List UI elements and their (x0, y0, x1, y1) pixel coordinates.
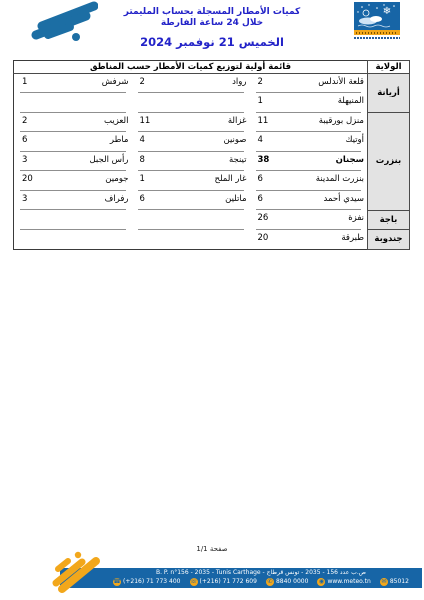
rain-value: 6 (258, 174, 263, 184)
station-name: المنيهلة (338, 96, 364, 106)
footer-address: B. P. n°156 - 2035 - Tunis Carthage - ص.… (60, 568, 422, 576)
station-cell: رواد2 (132, 74, 250, 94)
station-cell: قلعة الأندلس2 (250, 74, 368, 94)
table-row: سيدي أحمد6ماتلين6رفراف3 (14, 191, 410, 211)
contact-item: ✉85012 (380, 578, 409, 586)
rain-value: 26 (258, 213, 269, 223)
table-row: جندوبةطبرقة20 (14, 230, 410, 250)
report-page: كميات الأمطار المسجلة بحساب المليمتر خلا… (0, 0, 424, 600)
station-name: سجنان (336, 155, 364, 165)
fax-icon: ☏ (190, 578, 198, 586)
rain-value: 3 (22, 155, 27, 165)
station-cell: رفراف3 (14, 191, 132, 211)
station-cell: تينجة8 (132, 152, 250, 172)
contact-text: (+216) 71 773 400 (123, 578, 180, 585)
station-cell: بنزرت المدينة6 (250, 171, 368, 191)
station-cell (14, 93, 132, 113)
station-cell: غار الملح1 (132, 171, 250, 191)
footer-contacts: ☎(+216) 71 773 400☏(+216) 71 772 609✆884… (60, 576, 422, 587)
rainfall-table-container: الولاية قائمة أولية لتوزيع كميات الأمطار… (14, 60, 410, 250)
table-row: بنزرتمنزل بورقيبة11غزالة11العزيب2 (14, 113, 410, 133)
contact-item: ☏(+216) 71 772 609 (190, 578, 257, 586)
station-cell: ماطر6 (14, 132, 132, 152)
sms-icon: ✉ (380, 578, 388, 586)
station-cell: ماتلين6 (132, 191, 250, 211)
station-cell: رأس الجبل3 (14, 152, 132, 172)
station-name: ماطر (110, 135, 129, 145)
station-cell (132, 210, 250, 230)
station-cell: غزالة11 (132, 113, 250, 133)
station-cell (14, 210, 132, 230)
station-cell: نفزة26 (250, 210, 368, 230)
rain-value: 20 (258, 233, 269, 243)
list-title-header: قائمة أولية لتوزيع كميات الأمطار حسب الم… (14, 61, 368, 74)
contact-item: ◉www.meteo.tn (317, 578, 370, 586)
station-name: ماتلين (225, 194, 246, 204)
rain-value: 6 (22, 135, 27, 145)
rain-value: 4 (258, 135, 263, 145)
wilaya-cell: جندوبة (368, 230, 410, 250)
station-name: شرفش (102, 77, 129, 87)
footer-contact-bar: B. P. n°156 - 2035 - Tunis Carthage - ص.… (60, 568, 422, 588)
station-cell: أوتيك4 (250, 132, 368, 152)
station-cell: جومين20 (14, 171, 132, 191)
station-cell: المنيهلة1 (250, 93, 368, 113)
station-name: العزيب (104, 116, 128, 126)
wilaya-cell: بنزرت (368, 113, 410, 211)
station-cell: منزل بورقيبة11 (250, 113, 368, 133)
rain-value: 38 (258, 155, 270, 165)
station-name: جومين (105, 174, 128, 184)
contact-item: ☎(+216) 71 773 400 (113, 578, 180, 586)
wilaya-cell: أريانة (368, 74, 410, 113)
station-name: تينجة (229, 155, 247, 165)
rain-value: 6 (140, 194, 145, 204)
rain-value: 4 (140, 135, 145, 145)
table-row: سجنان38تينجة8رأس الجبل3 (14, 152, 410, 172)
station-cell (132, 230, 250, 250)
station-name: صونين (223, 135, 246, 145)
inm-emblem: ❄ (354, 2, 400, 40)
station-name: نفزة (348, 213, 364, 223)
rain-value: 20 (22, 174, 33, 184)
station-name: غار الملح (214, 174, 246, 184)
footer-stripes-icon (52, 549, 104, 593)
rain-value: 11 (140, 116, 151, 126)
station-name: رواد (232, 77, 246, 87)
contact-text: www.meteo.tn (327, 578, 370, 585)
station-name: طبرقة (341, 233, 364, 243)
station-name: سيدي أحمد (324, 194, 365, 204)
table-row: باجةنفزة26 (14, 210, 410, 230)
emblem-yellow-band (354, 30, 400, 35)
station-name: رأس الجبل (90, 155, 129, 165)
handset-icon: ✆ (266, 578, 274, 586)
contact-text: 8840 0000 (276, 578, 308, 585)
phone-icon: ☎ (113, 578, 121, 586)
table-row: بنزرت المدينة6غار الملح1جومين20 (14, 171, 410, 191)
station-name: قلعة الأندلس (318, 77, 364, 87)
station-name: رفراف (104, 194, 128, 204)
emblem-caption-text (354, 36, 400, 40)
rain-value: 1 (22, 77, 27, 87)
station-cell: العزيب2 (14, 113, 132, 133)
rain-value: 11 (258, 116, 269, 126)
rain-value: 3 (22, 194, 27, 204)
station-cell: طبرقة20 (250, 230, 368, 250)
rain-value: 2 (258, 77, 263, 87)
station-cell (132, 93, 250, 113)
globe-icon: ◉ (317, 578, 325, 586)
weather-emblem-icon: ❄ (354, 2, 400, 30)
table-row: أريانةقلعة الأندلس2رواد2شرفش1 (14, 74, 410, 94)
rain-value: 2 (140, 77, 145, 87)
rainfall-table: الولاية قائمة أولية لتوزيع كميات الأمطار… (13, 60, 410, 250)
table-header-row: الولاية قائمة أولية لتوزيع كميات الأمطار… (14, 61, 410, 74)
rain-value: 1 (140, 174, 145, 184)
svg-text:❄: ❄ (383, 6, 391, 17)
station-name: منزل بورقيبة (319, 116, 364, 126)
wilaya-cell: باجة (368, 210, 410, 230)
contact-text: (+216) 71 772 609 (200, 578, 257, 585)
station-cell: صونين4 (132, 132, 250, 152)
rain-table-body: أريانةقلعة الأندلس2رواد2شرفش1المنيهلة1بن… (14, 74, 410, 250)
station-name: غزالة (228, 116, 247, 126)
station-name: أوتيك (345, 135, 364, 145)
contact-item: ✆8840 0000 (266, 578, 308, 586)
rain-value: 8 (140, 155, 145, 165)
table-row: أوتيك4صونين4ماطر6 (14, 132, 410, 152)
rain-value: 2 (22, 116, 27, 126)
table-row: المنيهلة1 (14, 93, 410, 113)
station-name: بنزرت المدينة (316, 174, 364, 184)
station-cell: سجنان38 (250, 152, 368, 172)
station-cell (14, 230, 132, 250)
rain-value: 1 (258, 96, 263, 106)
contact-text: 85012 (390, 578, 409, 585)
wilaya-column-header: الولاية (368, 61, 410, 74)
rain-value: 6 (258, 194, 263, 204)
station-cell: سيدي أحمد6 (250, 191, 368, 211)
station-cell: شرفش1 (14, 74, 132, 94)
